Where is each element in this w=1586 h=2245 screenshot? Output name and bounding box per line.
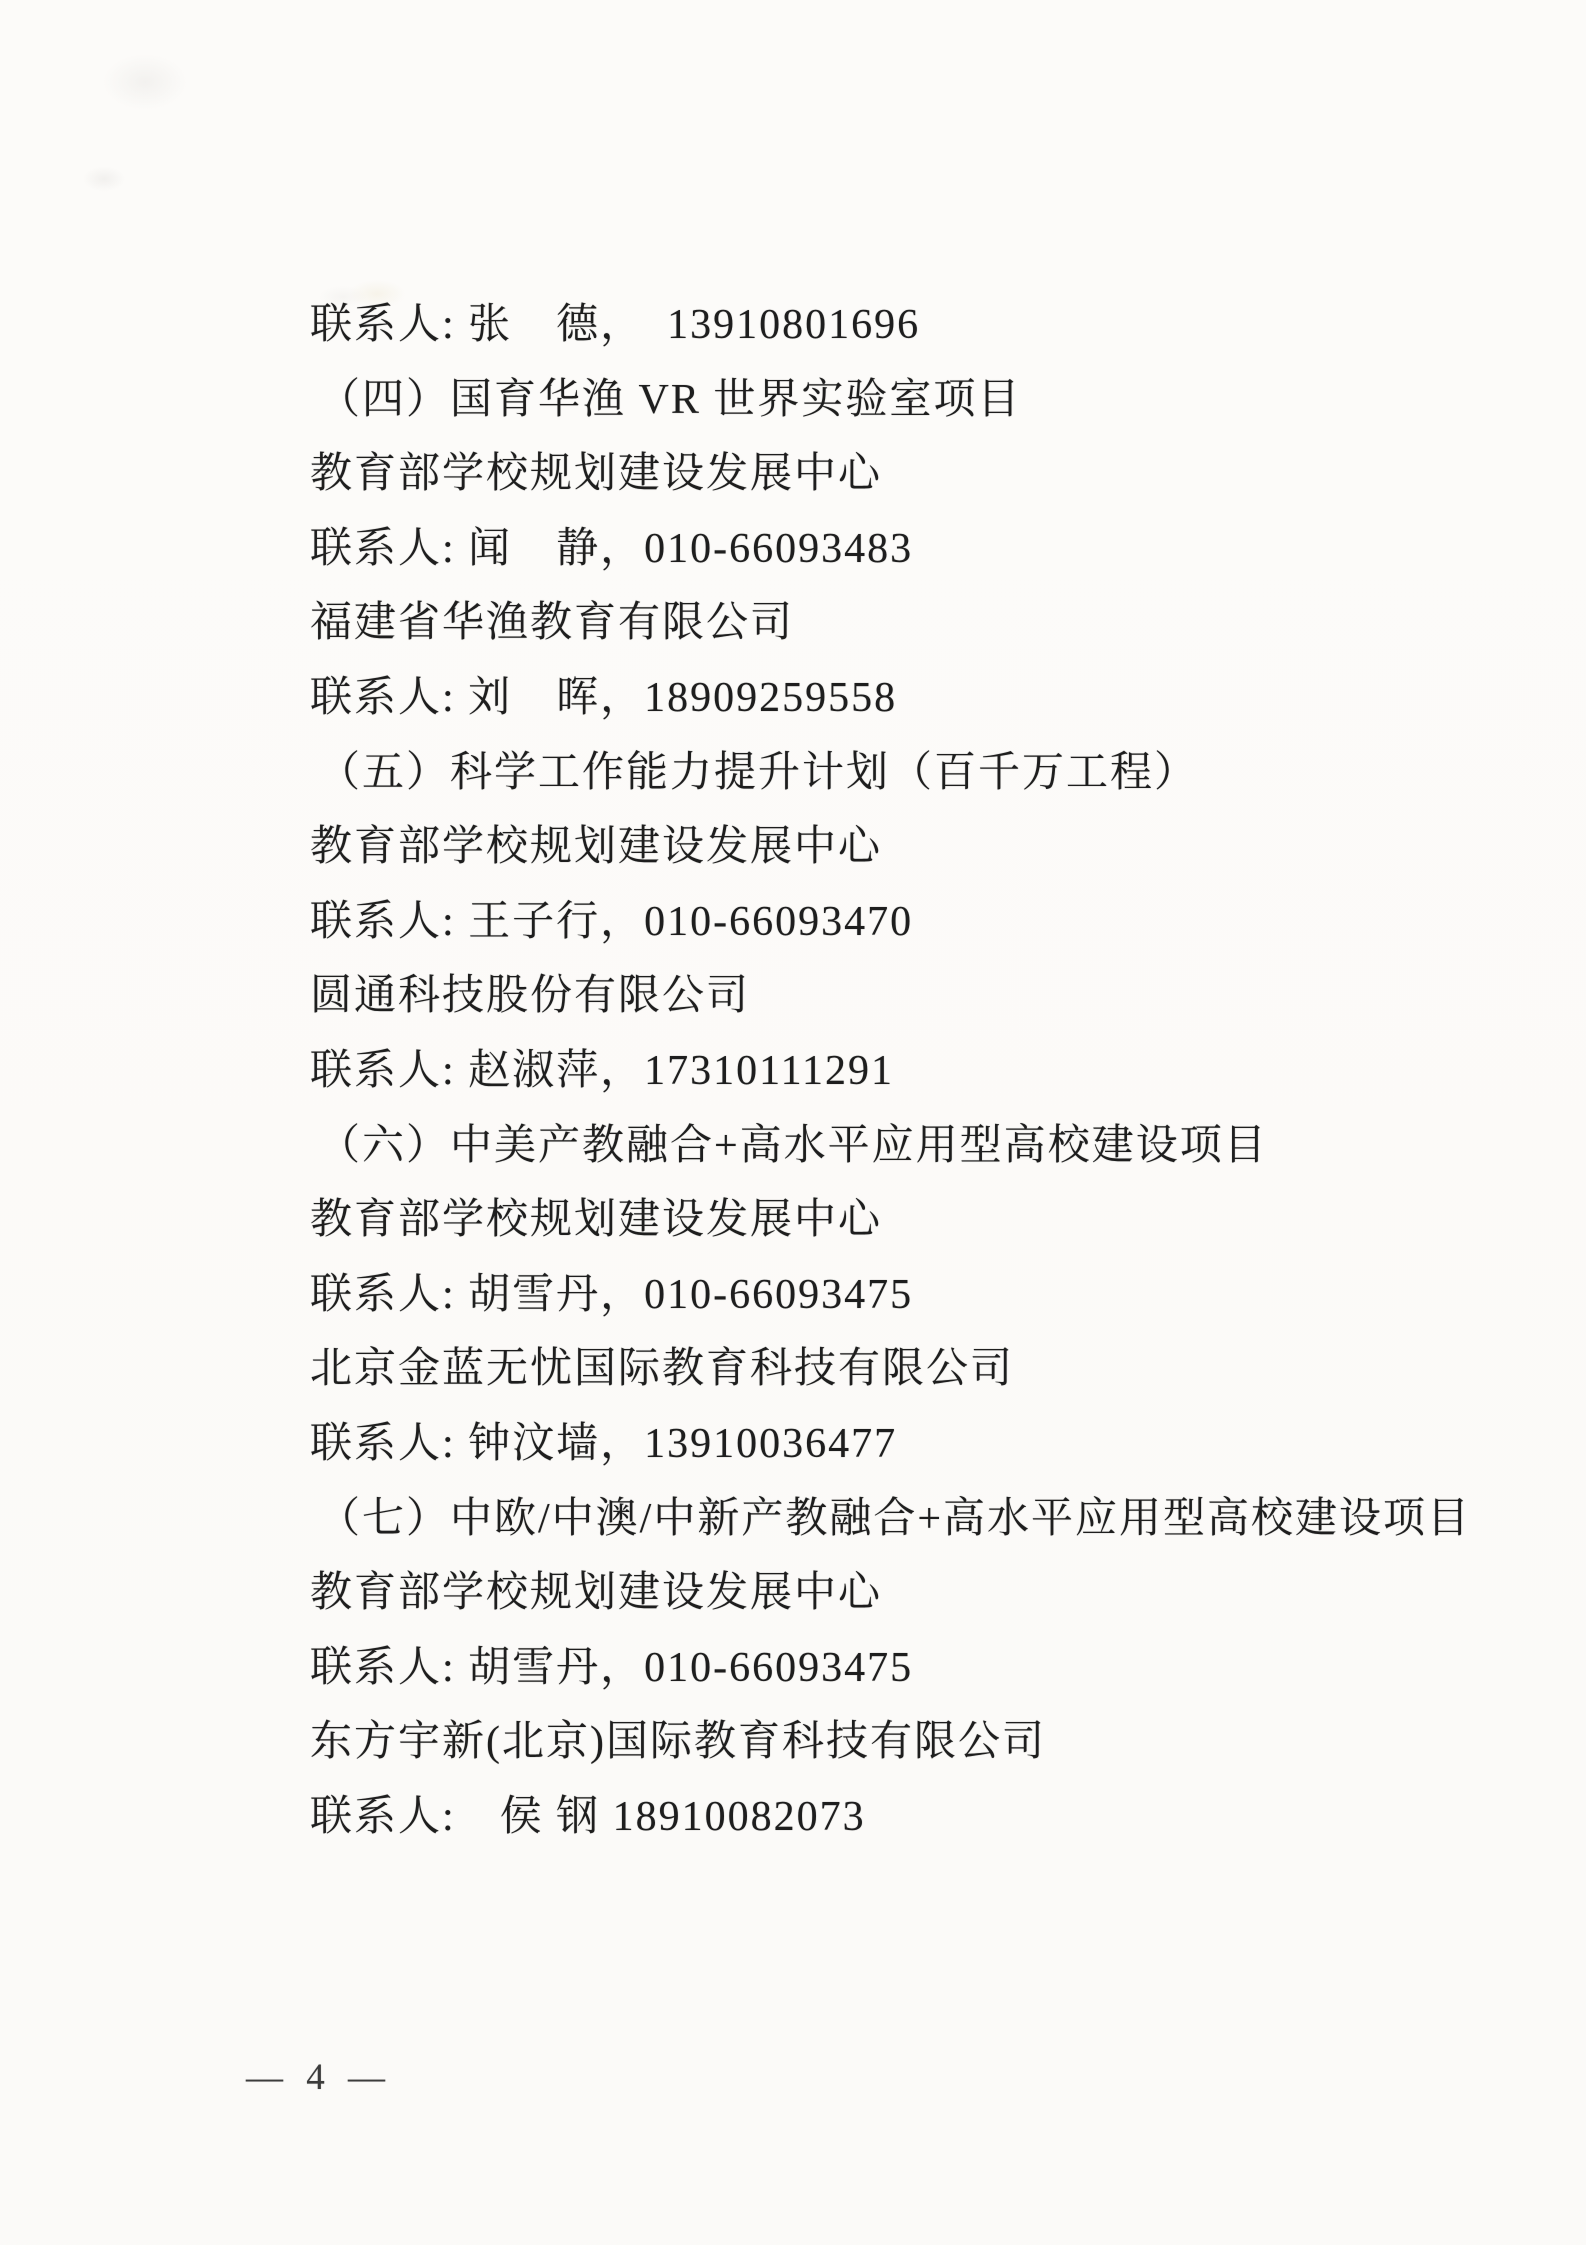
page-number: — 4 — xyxy=(246,2050,389,2106)
organization-name-line: 东方宇新(北京)国际教育科技有限公司 xyxy=(310,1705,1586,1780)
section-heading-line: （七）中欧/中澳/中新产教融合+高水平应用型高校建设项目 xyxy=(318,1482,1586,1557)
scanned-document-page: 联系人: 张 德， 13910801696（四）国育华渔 VR 世界实验室项目教… xyxy=(0,0,1586,2245)
contact-person-line: 联系人: 刘 晖，18909259558 xyxy=(310,661,1586,736)
contact-person-line: 联系人: 闻 静，010-66093483 xyxy=(310,512,1586,587)
contact-person-line: 联系人: 王子行，010-66093470 xyxy=(310,885,1586,960)
organization-name-line: 福建省华渔教育有限公司 xyxy=(310,586,1586,661)
contact-person-line: 联系人: 侯 钢 18910082073 xyxy=(310,1780,1586,1855)
organization-name-line: 教育部学校规划建设发展中心 xyxy=(310,1183,1586,1258)
contact-person-line: 联系人: 赵淑萍，17310111291 xyxy=(310,1034,1586,1109)
document-text-block: 联系人: 张 德， 13910801696（四）国育华渔 VR 世界实验室项目教… xyxy=(0,288,1586,1854)
organization-name-line: 圆通科技股份有限公司 xyxy=(310,959,1586,1034)
section-heading-line: （六）中美产教融合+高水平应用型高校建设项目 xyxy=(318,1109,1586,1184)
contact-person-line: 联系人: 胡雪丹，010-66093475 xyxy=(310,1631,1586,1706)
contact-person-line: 联系人: 张 德， 13910801696 xyxy=(310,288,1586,363)
section-heading-line: （五）科学工作能力提升计划（百千万工程） xyxy=(318,736,1586,811)
organization-name-line: 教育部学校规划建设发展中心 xyxy=(310,437,1586,512)
organization-name-line: 教育部学校规划建设发展中心 xyxy=(310,810,1586,885)
organization-name-line: 北京金蓝无忧国际教育科技有限公司 xyxy=(310,1332,1586,1407)
organization-name-line: 教育部学校规划建设发展中心 xyxy=(310,1556,1586,1631)
contact-person-line: 联系人: 钟汶墙，13910036477 xyxy=(310,1407,1586,1482)
section-heading-line: （四）国育华渔 VR 世界实验室项目 xyxy=(318,363,1586,438)
contact-person-line: 联系人: 胡雪丹，010-66093475 xyxy=(310,1258,1586,1333)
